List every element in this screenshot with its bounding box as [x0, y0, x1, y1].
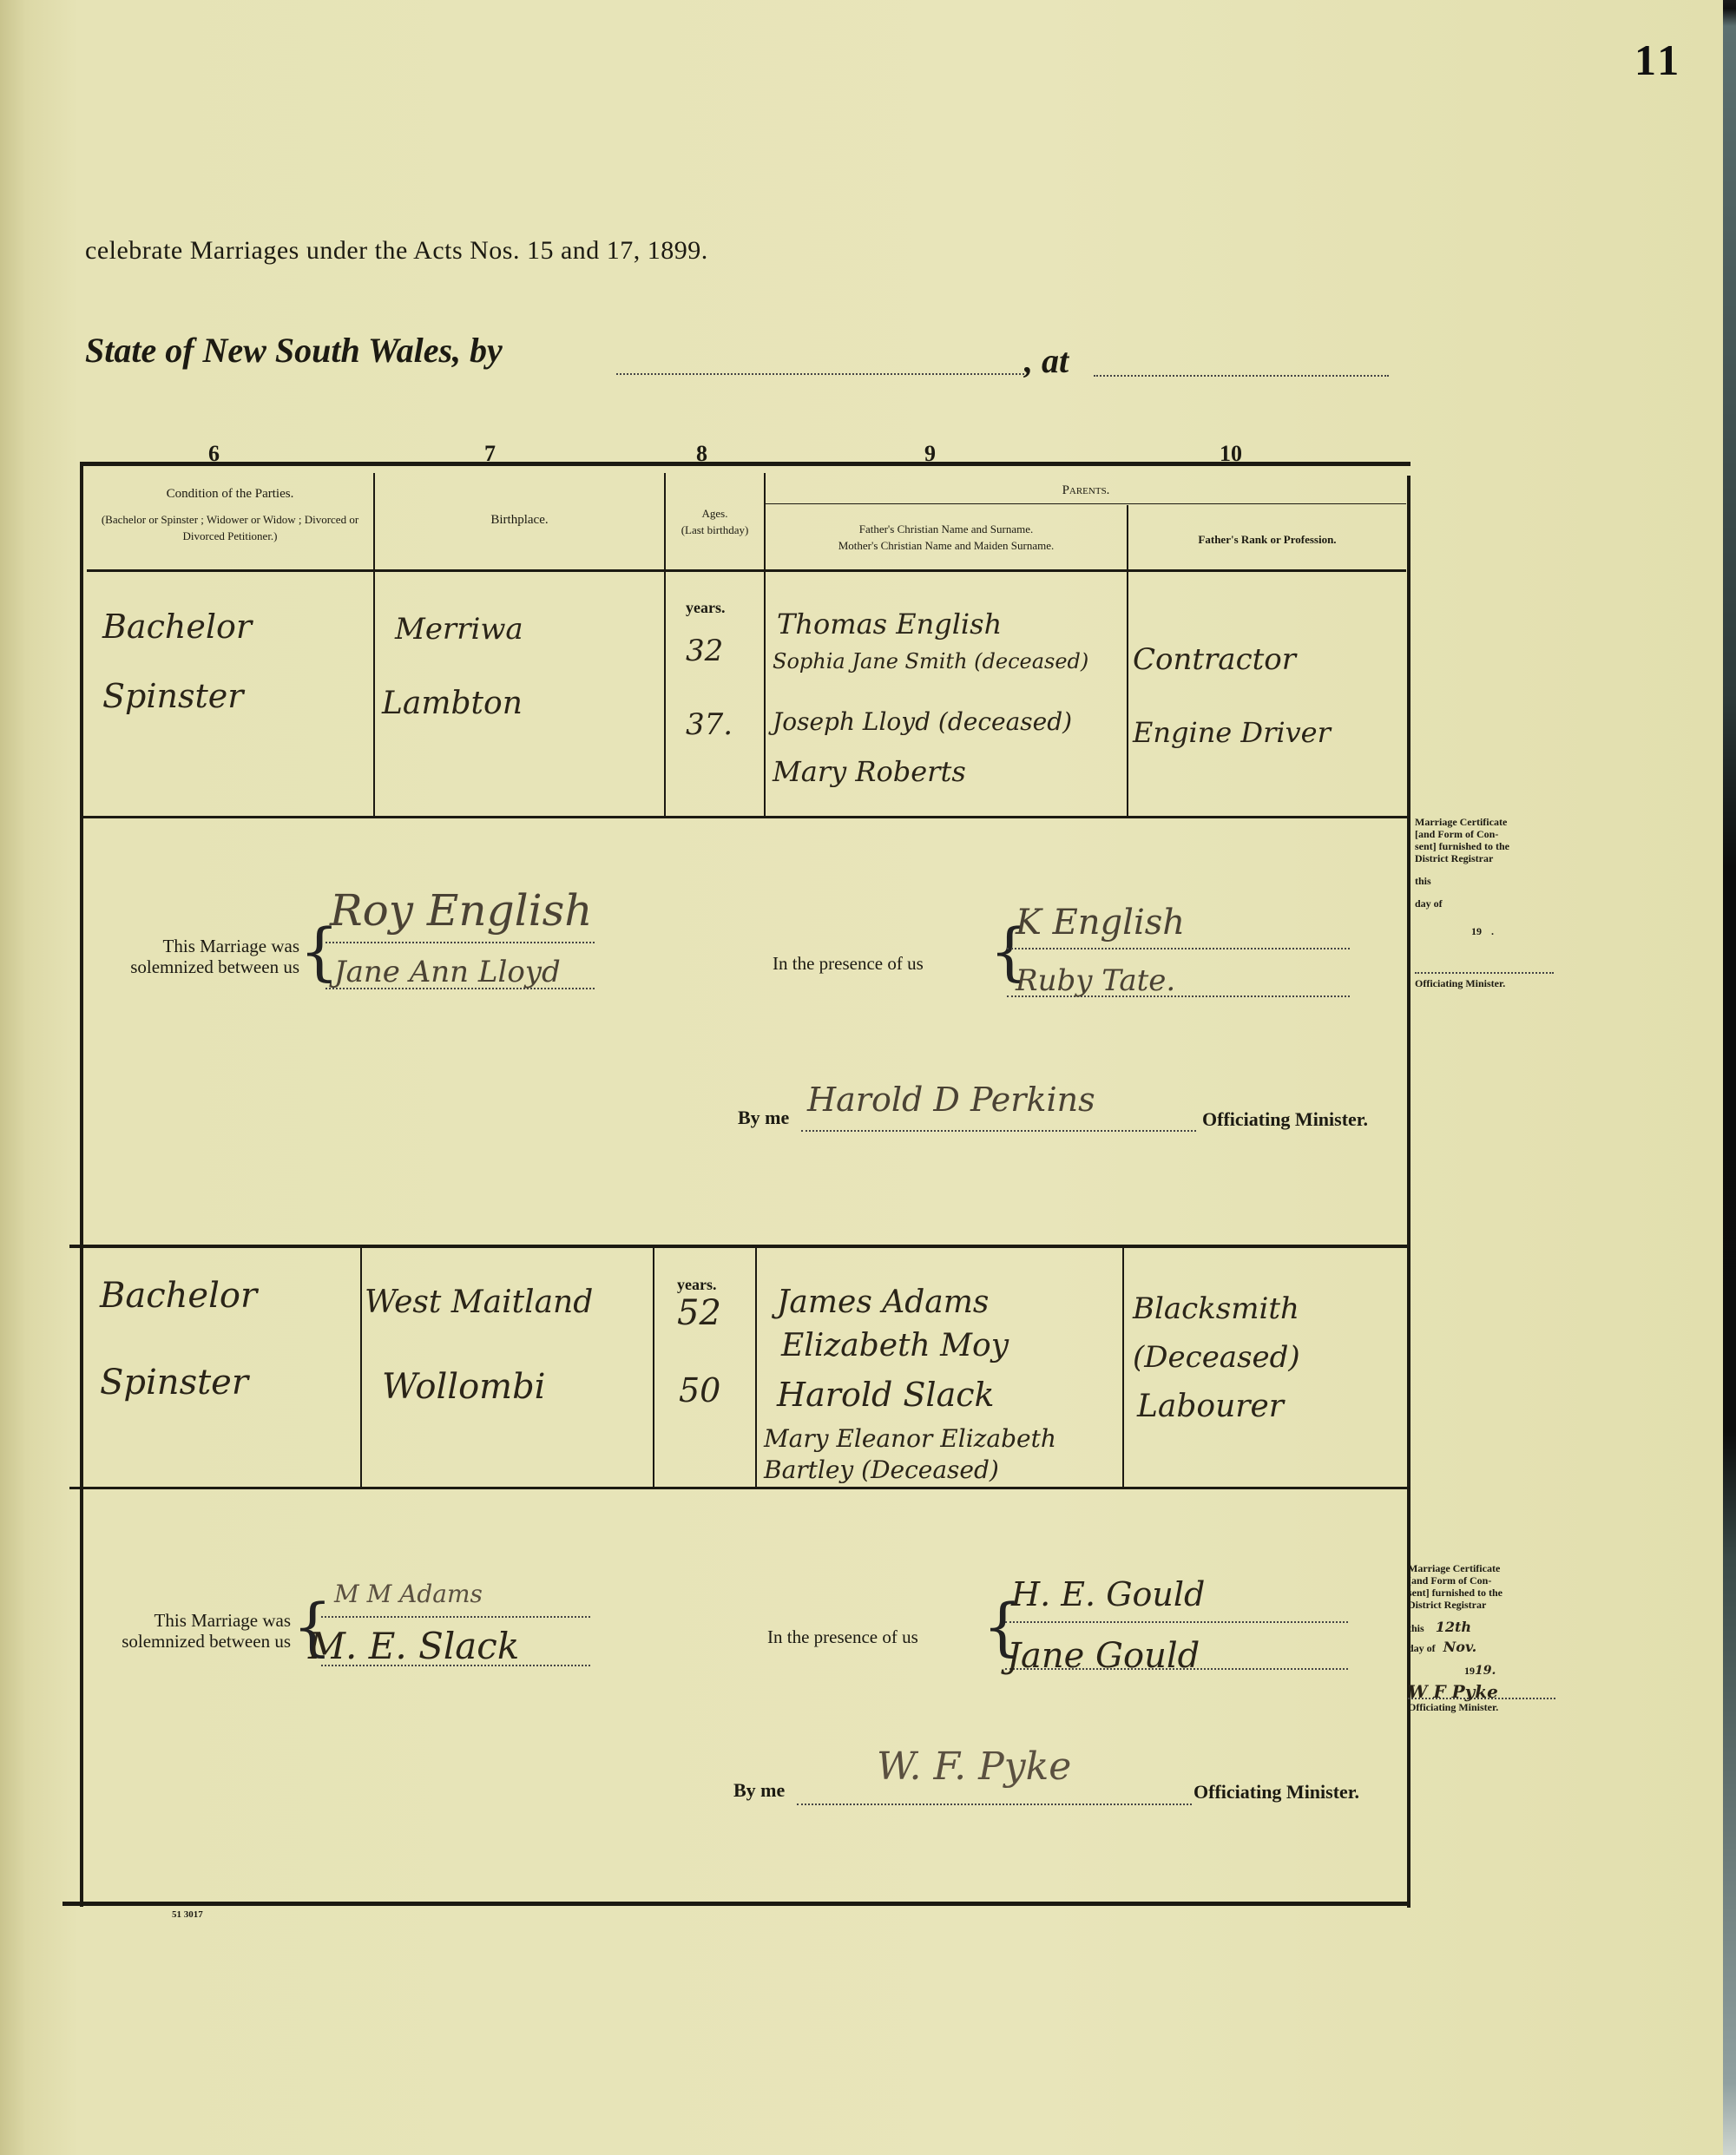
register-page: 11 celebrate Marriages under the Acts No… — [0, 0, 1723, 2155]
witness1-line — [1007, 948, 1350, 949]
entry1-bride-mother: Mary Roberts — [773, 755, 966, 788]
entry1-bride-father-profession: Engine Driver — [1133, 716, 1331, 749]
margin-note-1: Marriage Certificate [and Form of Con- s… — [1415, 816, 1554, 989]
margin-line2: [and Form of Con- — [1408, 1574, 1555, 1587]
entry2-bride-age: 50 — [679, 1371, 720, 1409]
years-label: years. — [677, 1276, 716, 1294]
book-edge — [1723, 0, 1736, 2155]
margin-year-suffix: . — [1491, 925, 1494, 937]
header-ages-title: Ages. — [666, 505, 764, 522]
margin-year: 19 . — [1415, 925, 1554, 937]
entry2-presence-label: In the presence of us — [767, 1626, 918, 1648]
margin-minister-initials: W F Pyke — [1408, 1685, 1555, 1698]
entry1-groom-condition: Bachelor — [102, 608, 252, 646]
margin-line3: sent] furnished to the — [1408, 1587, 1555, 1599]
column-divider — [755, 1248, 757, 1487]
header-birthplace: Birthplace. — [375, 512, 664, 529]
margin-this-row: this 12th — [1408, 1621, 1555, 1634]
form-code: 51 3017 — [172, 1909, 203, 1920]
header-ages-sub: (Last birthday) — [666, 522, 764, 538]
entry2-groom-father: James Adams — [777, 1284, 989, 1320]
entry1-groom-mother: Sophia Jane Smith (deceased) — [773, 649, 1088, 673]
margin-officiating: Officiating Minister. — [1408, 1701, 1555, 1713]
margin-day-of: day of — [1415, 897, 1554, 910]
entry2-bride-birthplace: Wollombi — [382, 1367, 545, 1407]
by-blank-field — [616, 373, 1024, 375]
entry1-officiating-label: Officiating Minister. — [1202, 1108, 1368, 1131]
entry1-groom-signature: Roy English — [330, 885, 592, 936]
entry1-bride-age: 37. — [686, 707, 733, 742]
entry1-bride-birthplace: Lambton — [382, 686, 523, 721]
acts-heading: celebrate Marriages under the Acts Nos. … — [85, 236, 708, 266]
entry2-bride-father: Harold Slack — [777, 1376, 995, 1414]
margin-day-of-row: day of Nov. — [1408, 1641, 1555, 1654]
column-divider — [653, 1248, 654, 1487]
entry1-bride-signature: Jane Ann Lloyd — [334, 955, 561, 989]
header-father-profession: Father's Rank or Profession. — [1128, 531, 1406, 548]
entry2-groom-signature: M M Adams — [334, 1580, 483, 1608]
margin-year: 1919. — [1408, 1665, 1555, 1677]
column-divider — [1122, 1248, 1124, 1487]
entry2-bride-signature: M. E. Slack — [308, 1625, 519, 1667]
header-bottom-rule — [87, 569, 1406, 572]
entry2-groom-birthplace: West Maitland — [365, 1284, 593, 1320]
entry2-officiating-label: Officiating Minister. — [1193, 1781, 1359, 1803]
entry1-groom-age: 32 — [686, 634, 723, 668]
entry2-bride-condition: Spinster — [100, 1363, 248, 1403]
entry1-presence-label: In the presence of us — [773, 953, 924, 975]
groom-signature-line — [321, 1616, 590, 1618]
margin-year-suffix: 19. — [1475, 1664, 1496, 1678]
margin-this: this — [1408, 1622, 1424, 1634]
margin-day-value: 12th — [1436, 1619, 1471, 1635]
solemnized-line1: This Marriage was — [87, 936, 299, 956]
entry1-groom-father: Thomas English — [777, 608, 1002, 641]
entry2-groom-mother: Elizabeth Moy — [781, 1328, 1009, 1363]
header-parents-names: Father's Christian Name and Surname. Mot… — [766, 521, 1127, 554]
entry1-groom-birthplace: Merriwa — [395, 612, 523, 647]
groom-signature-line — [325, 942, 595, 943]
margin-this: this — [1415, 875, 1554, 887]
entry2-minister-signature: W. F. Pyke — [877, 1744, 1071, 1789]
entry1-witness1-signature: K English — [1016, 903, 1185, 943]
state-prefix: State of New South Wales, by — [85, 331, 503, 370]
solemnized-line1: This Marriage was — [78, 1610, 291, 1631]
margin-line2: [and Form of Con- — [1415, 828, 1554, 840]
parents-group-rule — [764, 503, 1406, 504]
header-parents-group: Parents. — [766, 483, 1406, 499]
entry2-witness2-signature: Jane Gould — [1007, 1636, 1200, 1676]
row2-divider — [69, 1487, 1410, 1489]
margin-day-of: day of — [1408, 1642, 1436, 1654]
entry1-groom-father-profession: Contractor — [1133, 642, 1296, 677]
table-top-border — [80, 462, 1410, 466]
row1-divider — [83, 816, 1407, 818]
entry1-minister-signature: Harold D Perkins — [807, 1081, 1095, 1119]
page-number: 11 — [1634, 35, 1682, 85]
margin-line4: District Registrar — [1408, 1599, 1555, 1611]
table-bottom-border — [62, 1902, 1410, 1906]
minister-signature-line — [801, 1130, 1196, 1132]
margin-note-2: Marriage Certificate [and Form of Con- s… — [1408, 1562, 1555, 1713]
entry2-groom-father-profession: Blacksmith (Deceased) — [1133, 1284, 1393, 1382]
margin-year-prefix: 19 — [1464, 1665, 1475, 1677]
entry2-by-me-label: By me — [733, 1779, 785, 1802]
header-condition: Condition of the Parties. (Bachelor or S… — [87, 486, 373, 544]
column-divider — [360, 1248, 362, 1487]
years-label: years. — [686, 599, 725, 617]
entry2-bride-mother: Mary Eleanor Elizabeth Bartley (Deceased… — [764, 1423, 1120, 1486]
entry2-bride-father-profession: Labourer — [1137, 1389, 1284, 1424]
margin-line1: Marriage Certificate — [1415, 816, 1554, 828]
entry1-solemnized-label: This Marriage was solemnized between us — [87, 936, 299, 977]
margin-officiating: Officiating Minister. — [1415, 977, 1554, 989]
entry-separator — [69, 1245, 1410, 1248]
entry2-groom-age: 52 — [677, 1293, 721, 1333]
margin-year-prefix: 19 — [1471, 925, 1482, 937]
entry2-solemnized-label: This Marriage was solemnized between us — [78, 1610, 291, 1652]
margin-month-value: Nov. — [1443, 1639, 1477, 1655]
minister-signature-line — [797, 1803, 1192, 1805]
entry2-witness1-signature: H. E. Gould — [1011, 1575, 1205, 1613]
entry1-witness2-signature: Ruby Tate. — [1016, 963, 1175, 998]
header-ages: Ages. (Last birthday) — [666, 505, 764, 538]
margin-line1: Marriage Certificate — [1408, 1562, 1555, 1574]
table-left-border — [80, 462, 83, 1907]
header-father-name: Father's Christian Name and Surname. — [766, 521, 1127, 537]
header-mother-name: Mother's Christian Name and Maiden Surna… — [766, 537, 1127, 554]
entry1-bride-condition: Spinster — [102, 677, 243, 715]
margin-line3: sent] furnished to the — [1415, 840, 1554, 852]
header-condition-sub: (Bachelor or Spinster ; Widower or Widow… — [87, 511, 373, 544]
column-divider — [1127, 505, 1128, 816]
margin-line4: District Registrar — [1415, 852, 1554, 864]
at-label: , at — [1024, 340, 1069, 381]
witness1-line — [1005, 1621, 1348, 1623]
entry1-bride-father: Joseph Lloyd (deceased) — [773, 707, 1072, 736]
entry2-groom-condition: Bachelor — [100, 1276, 257, 1316]
header-condition-title: Condition of the Parties. — [87, 486, 373, 503]
solemnized-line2: solemnized between us — [87, 956, 299, 977]
state-heading: State of New South Wales, by — [85, 330, 503, 371]
entry1-by-me-label: By me — [738, 1107, 789, 1129]
solemnized-line2: solemnized between us — [78, 1631, 291, 1652]
at-blank-field — [1094, 375, 1389, 377]
